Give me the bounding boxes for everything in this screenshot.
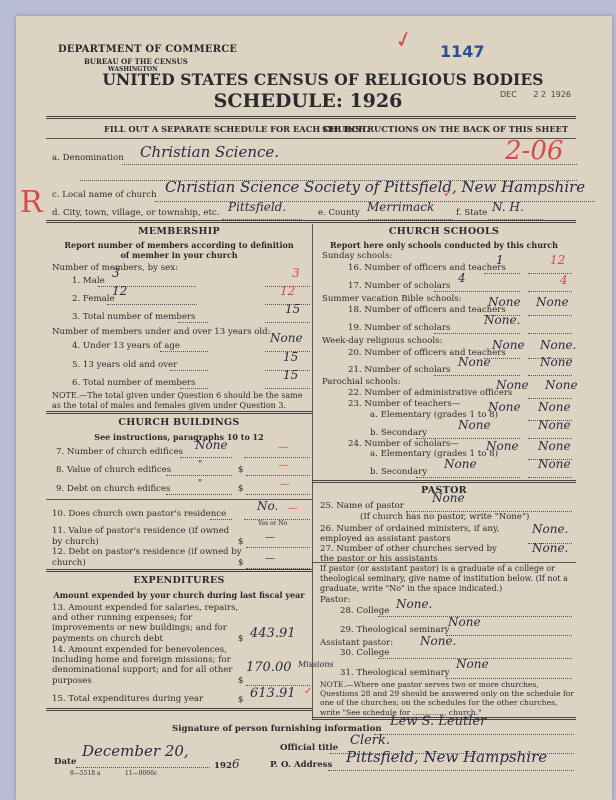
q12-label: 12. Debt on pastor's residence (if owned… bbox=[52, 547, 242, 569]
review-dash: — bbox=[280, 479, 290, 490]
date-stamp-year: 1926 bbox=[551, 90, 571, 99]
q18-review: None bbox=[536, 295, 569, 309]
date-year-prefix: 192 bbox=[214, 761, 232, 771]
q16-field[interactable]: 1 bbox=[496, 253, 504, 267]
q14-label: 14. Amount expended for benevolences, in… bbox=[52, 645, 240, 686]
county-field[interactable]: Merrimack bbox=[367, 200, 434, 214]
fill-line bbox=[484, 273, 520, 274]
form-code: 8—5518 a bbox=[70, 770, 101, 777]
review-check: ✓ bbox=[304, 686, 312, 697]
female-label: 2. Female bbox=[72, 294, 115, 304]
sunday-label: Sunday schools: bbox=[322, 251, 392, 261]
local-name-field[interactable]: Christian Science Society of Pittsfield,… bbox=[165, 178, 585, 196]
membership-instruction: Report number of members according to de… bbox=[64, 240, 294, 260]
q17-review: 4 bbox=[560, 273, 568, 287]
expenditures-instruction: Amount expended by your church during la… bbox=[46, 590, 312, 600]
total-members-2-field[interactable]: 15 bbox=[283, 368, 298, 382]
buildings-heading: CHURCH BUILDINGS bbox=[46, 417, 312, 428]
denomination-field[interactable]: Christian Science. bbox=[140, 143, 279, 161]
currency-sign: $ bbox=[238, 537, 243, 547]
instruction-right: SEE INSTRUCTIONS ON THE BACK OF THIS SHE… bbox=[322, 124, 568, 134]
pastor-subheading: Pastor: bbox=[320, 595, 351, 605]
pastor-note: NOTE.—Where one pastor serves two or mor… bbox=[320, 680, 576, 717]
review-check: ✓ bbox=[443, 186, 453, 200]
q16-review: 12 bbox=[550, 253, 565, 267]
expenditures-heading: EXPENDITURES bbox=[46, 575, 312, 586]
q24b-label: b. Secondary bbox=[370, 467, 427, 477]
female-review: 12 bbox=[280, 284, 295, 298]
divider bbox=[46, 138, 576, 139]
q28-label: 28. College bbox=[340, 606, 389, 616]
state-field[interactable]: N. H. bbox=[492, 200, 524, 214]
q22-label: 22. Number of administrative officers bbox=[348, 388, 512, 398]
q14-field[interactable]: 170.00 bbox=[246, 660, 292, 675]
fill-line bbox=[446, 678, 572, 679]
date-label: Date bbox=[54, 757, 76, 767]
q9-field[interactable]: " bbox=[198, 479, 202, 489]
q17-field[interactable]: 4 bbox=[458, 271, 466, 285]
schools-instruction: Report here only schools conducted by th… bbox=[312, 240, 576, 250]
q10-field[interactable]: No. bbox=[257, 499, 278, 513]
fill-line bbox=[178, 322, 208, 323]
divider bbox=[46, 569, 312, 572]
date-year: 1926 bbox=[214, 757, 240, 771]
fill-line bbox=[528, 333, 572, 334]
q7-label: 7. Number of church edifices bbox=[56, 447, 183, 457]
date-stamp: DEC 2 2 1926 bbox=[500, 90, 571, 99]
q10-label: 10. Does church own pastor's residence bbox=[52, 509, 226, 519]
q29-field[interactable]: None bbox=[448, 615, 481, 629]
q30-field[interactable]: None. bbox=[420, 634, 456, 648]
q24a-field[interactable]: None bbox=[486, 439, 519, 453]
q7-field[interactable]: None bbox=[195, 438, 228, 452]
summer-label: Summer vacation Bible schools: bbox=[322, 294, 462, 304]
fill-line bbox=[528, 477, 572, 478]
form-code: 11—9066c bbox=[125, 770, 157, 777]
q15-label: 15. Total expenditures during year bbox=[52, 694, 203, 704]
q24a-label: a. Elementary (grades 1 to 8) bbox=[370, 449, 498, 459]
fill-line bbox=[166, 475, 232, 476]
date-stamp-month: DEC bbox=[500, 90, 517, 99]
local-name-label: c. Local name of church bbox=[52, 190, 157, 200]
review-dash: — bbox=[278, 460, 288, 471]
over13-label: 5. 13 years old and over bbox=[72, 360, 177, 370]
membership-heading: MEMBERSHIP bbox=[46, 226, 312, 237]
fill-line bbox=[244, 457, 310, 458]
q22-review: None bbox=[545, 378, 578, 392]
fill-line bbox=[434, 375, 520, 376]
q18-label: 18. Number of officers and teachers bbox=[348, 305, 506, 315]
currency-sign: $ bbox=[238, 465, 243, 475]
q23a-review: None bbox=[538, 400, 571, 414]
parochial-label: Parochial schools: bbox=[322, 377, 401, 387]
fill-line bbox=[246, 494, 310, 495]
total-members-2-label: 6. Total number of members bbox=[72, 378, 195, 388]
q12-field[interactable]: — bbox=[265, 553, 275, 564]
q11-label: 11. Value of pastor's residence (if owne… bbox=[52, 526, 242, 548]
q24b-field[interactable]: None bbox=[444, 457, 477, 471]
date-year-suffix[interactable]: 6 bbox=[232, 757, 240, 771]
q8-field[interactable]: " bbox=[198, 460, 202, 470]
q25-hint: (If church has no pastor, write "None") bbox=[360, 512, 529, 522]
currency-sign: $ bbox=[238, 484, 243, 494]
q10-hint: Yes or No bbox=[258, 520, 287, 527]
fill-line bbox=[180, 388, 208, 389]
age-label: Number of members under and over 13 year… bbox=[52, 327, 271, 337]
review-dash: — bbox=[288, 503, 298, 514]
fill-line bbox=[528, 398, 572, 399]
fill-line bbox=[434, 333, 520, 334]
q23-label: 23. Number of teachers— bbox=[348, 399, 460, 409]
po-address-field[interactable]: Pittsfield, New Hampshire bbox=[346, 748, 547, 766]
q26-field[interactable]: None. bbox=[532, 522, 568, 536]
q13-field[interactable]: 443.91 bbox=[250, 626, 296, 641]
fill-line bbox=[122, 164, 577, 165]
fill-line bbox=[107, 304, 197, 305]
fill-line bbox=[170, 370, 208, 371]
department-label: DEPARTMENT OF COMMERCE bbox=[58, 44, 237, 55]
male-label: 1. Male bbox=[72, 276, 105, 286]
stamp-number: 1147 bbox=[440, 42, 485, 61]
q22-field[interactable]: None bbox=[496, 378, 529, 392]
q23a-field[interactable]: None bbox=[488, 400, 521, 414]
form-title: UNITED STATES CENSUS OF RELIGIOUS BODIES bbox=[0, 70, 616, 89]
q21-label: 21. Number of scholars bbox=[348, 365, 450, 375]
q25-field[interactable]: None bbox=[432, 491, 465, 505]
buildings-instruction: See instructions, paragraphs 10 to 12 bbox=[46, 432, 312, 442]
classification-code: 2-06 bbox=[505, 136, 563, 166]
total-members-field[interactable]: 15 bbox=[285, 302, 300, 316]
q11-field[interactable]: — bbox=[265, 532, 275, 543]
currency-sign: $ bbox=[238, 634, 243, 644]
graduation-instruction: If pastor (or assistant pastor) is a gra… bbox=[320, 564, 575, 593]
divider bbox=[312, 562, 576, 563]
fill-line bbox=[328, 770, 574, 771]
divider bbox=[46, 116, 576, 119]
under13-field[interactable]: None bbox=[270, 331, 303, 345]
fill-line bbox=[76, 767, 210, 768]
membership-note: NOTE.—The total given under Question 6 s… bbox=[52, 391, 310, 411]
review-dash: — bbox=[278, 442, 288, 453]
fill-line bbox=[180, 457, 232, 458]
state-label: f. State bbox=[456, 208, 487, 218]
fill-line bbox=[210, 519, 232, 520]
assistant-pastor-subheading: Assistant pastor: bbox=[320, 638, 393, 648]
weekday-label: Week-day religious schools: bbox=[322, 336, 442, 346]
q8-label: 8. Value of church edifices bbox=[56, 465, 171, 475]
county-label: e. County bbox=[318, 208, 360, 218]
fill-line bbox=[265, 322, 310, 323]
q27-field[interactable]: None. bbox=[532, 541, 568, 555]
over13-field[interactable]: 15 bbox=[283, 350, 298, 364]
divider bbox=[46, 411, 312, 414]
male-review: 3 bbox=[292, 266, 300, 280]
q14-annotation: Missions bbox=[298, 660, 334, 669]
q27-label: 27. Number of other churches served by t… bbox=[320, 544, 510, 564]
q20-review: None. bbox=[540, 338, 576, 352]
currency-sign: $ bbox=[238, 558, 243, 568]
q24-label: 24. Number of scholars— bbox=[348, 439, 459, 449]
q21-field[interactable]: None bbox=[458, 355, 491, 369]
fill-line bbox=[246, 475, 310, 476]
official-title-label: Official title bbox=[280, 743, 338, 753]
bureau-label: BUREAU OF THE CENSUS bbox=[84, 57, 188, 66]
fill-line bbox=[434, 291, 520, 292]
city-field[interactable]: Pittsfield. bbox=[228, 200, 286, 214]
q31-field[interactable]: None bbox=[456, 657, 489, 671]
denomination-label: a. Denomination bbox=[52, 153, 124, 163]
date-stamp-day: 2 2 bbox=[533, 90, 546, 99]
fill-line bbox=[166, 494, 232, 495]
q13-label: 13. Amount expended for salaries, repair… bbox=[52, 603, 240, 644]
official-title-field[interactable]: Clerk. bbox=[350, 733, 390, 748]
divider bbox=[46, 220, 576, 223]
q30-label: 30. College bbox=[340, 648, 389, 658]
q9-label: 9. Debt on church edifices bbox=[56, 484, 170, 494]
q21-review: None bbox=[540, 355, 573, 369]
q16-label: 16. Number of officers and teachers bbox=[348, 263, 506, 273]
fill-line bbox=[246, 547, 310, 548]
currency-sign: $ bbox=[238, 695, 243, 705]
divider bbox=[312, 480, 576, 483]
q31-label: 31. Theological seminary bbox=[340, 668, 450, 678]
q20-field[interactable]: None bbox=[492, 338, 525, 352]
date-field[interactable]: December 20, bbox=[82, 742, 189, 760]
fill-line bbox=[446, 635, 572, 636]
fill-line bbox=[374, 734, 574, 735]
divider bbox=[46, 708, 312, 711]
q25-label: 25. Name of pastor bbox=[320, 501, 404, 511]
fill-line bbox=[160, 351, 208, 352]
q24b-review: None bbox=[538, 457, 571, 471]
q28-field[interactable]: None. bbox=[396, 597, 432, 611]
male-field[interactable]: 3 bbox=[112, 266, 120, 280]
currency-sign: $ bbox=[238, 676, 243, 686]
q23b-review: None bbox=[538, 418, 571, 432]
fill-line bbox=[528, 291, 572, 292]
fill-line bbox=[416, 477, 520, 478]
city-label: d. City, town, village, or township, etc… bbox=[52, 208, 219, 218]
column-divider bbox=[312, 224, 313, 720]
q18-field[interactable]: None bbox=[488, 295, 521, 309]
fill-line bbox=[528, 375, 572, 376]
q19-label: 19. Number of scholars bbox=[348, 323, 450, 333]
margin-review-mark: R bbox=[20, 185, 43, 220]
q19-field[interactable]: None. bbox=[484, 313, 520, 327]
signature-field[interactable]: Lew S. Leutler bbox=[390, 714, 486, 729]
q23b-label: b. Secondary bbox=[370, 428, 427, 438]
q17-label: 17. Number of scholars bbox=[348, 281, 450, 291]
female-field[interactable]: 12 bbox=[112, 284, 127, 298]
po-address-label: P. O. Address bbox=[270, 760, 332, 770]
total-members-label: 3. Total number of members bbox=[72, 312, 195, 322]
schools-heading: CHURCH SCHOOLS bbox=[312, 226, 576, 237]
q23b-field[interactable]: None bbox=[458, 418, 491, 432]
q15-field[interactable]: 613.91 bbox=[250, 686, 296, 701]
q24a-review: None bbox=[538, 439, 571, 453]
fill-line bbox=[528, 315, 572, 316]
q26-label: 26. Number of ordained ministers, if any… bbox=[320, 524, 510, 544]
fill-line bbox=[265, 388, 310, 389]
under13-label: 4. Under 13 years of age bbox=[72, 341, 180, 351]
